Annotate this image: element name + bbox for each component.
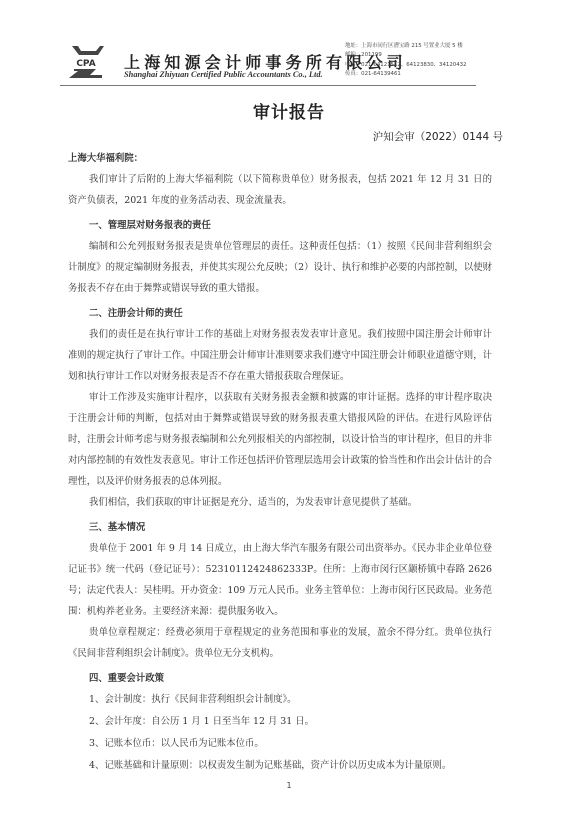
contact-postcode: 邮编：201199 bbox=[345, 51, 467, 60]
policy-item: 4、记账基础和计量原则：以权责发生制为记账基础，资产计价以历史成本为计量原则。 bbox=[68, 755, 492, 777]
cpa-logo-icon: CPA bbox=[66, 44, 106, 80]
contact-fax: 传真：021-64139461 bbox=[345, 70, 467, 79]
section-heading-management: 一、管理层对财务报表的责任 bbox=[68, 215, 492, 236]
section-heading-accounting-policies: 四、重要会计政策 bbox=[68, 668, 492, 689]
paragraph: 审计工作涉及实施审计程序，以获取有关财务报表金额和披露的审计证据。选择的审计程序… bbox=[68, 387, 492, 492]
policy-item: 3、记账本位币：以人民币为记账本位币。 bbox=[68, 733, 492, 755]
contact-block: 地址：上海市闵行区漕宝路 215 号置业大厦 5 楼 邮编：201199 电话：… bbox=[345, 42, 467, 80]
paragraph: 编制和公允列报财务报表是贵单位管理层的责任。这种责任包括：（1）按照《民间非营利… bbox=[68, 236, 492, 299]
letterhead-divider bbox=[60, 85, 476, 86]
policy-item: 1、会计制度：执行《民间非营利组织会计制度》。 bbox=[68, 689, 492, 711]
addressee: 上海大华福利院： bbox=[68, 148, 492, 169]
paragraph: 贵单位于 2001 年 9 月 14 日成立，由上海大华汽车服务有限公司出资举办… bbox=[68, 538, 492, 622]
paragraph: 贵单位章程规定：经费必须用于章程规定的业务范围和事业的发展，盈余不得分红。贵单位… bbox=[68, 622, 492, 664]
intro-paragraph: 我们审计了后附的上海大华福利院（以下简称贵单位）财务报表，包括 2021 年 1… bbox=[68, 169, 492, 211]
paragraph: 我们的责任是在执行审计工作的基础上对财务报表发表审计意见。我们按照中国注册会计师… bbox=[68, 324, 492, 387]
policy-item: 2、会计年度：自公历 1 月 1 日至当年 12 月 31 日。 bbox=[68, 711, 492, 733]
reference-number: 沪知会审（2022）0144 号 bbox=[373, 129, 503, 144]
document-body: 上海大华福利院： 我们审计了后附的上海大华福利院（以下简称贵单位）财务报表，包括… bbox=[68, 148, 492, 777]
letterhead: CPA 上海知源会计师事务所有限公司 Shanghai Zhiyuan Cert… bbox=[62, 42, 550, 84]
section-heading-basic-info: 三、基本情况 bbox=[68, 517, 492, 538]
svg-text:CPA: CPA bbox=[76, 59, 95, 69]
firm-name-en: Shanghai Zhiyuan Certified Public Accoun… bbox=[124, 70, 323, 79]
contact-address: 地址：上海市闵行区漕宝路 215 号置业大厦 5 楼 bbox=[345, 42, 467, 51]
document-title: 审计报告 bbox=[0, 98, 578, 123]
contact-phone: 电话：021-64121512、64123830、34120432 bbox=[345, 61, 467, 70]
section-heading-cpa: 二、注册会计师的责任 bbox=[68, 303, 492, 324]
paragraph: 我们相信，我们获取的审计证据是充分、适当的，为发表审计意见提供了基础。 bbox=[68, 492, 492, 513]
page-number: 1 bbox=[0, 781, 578, 790]
